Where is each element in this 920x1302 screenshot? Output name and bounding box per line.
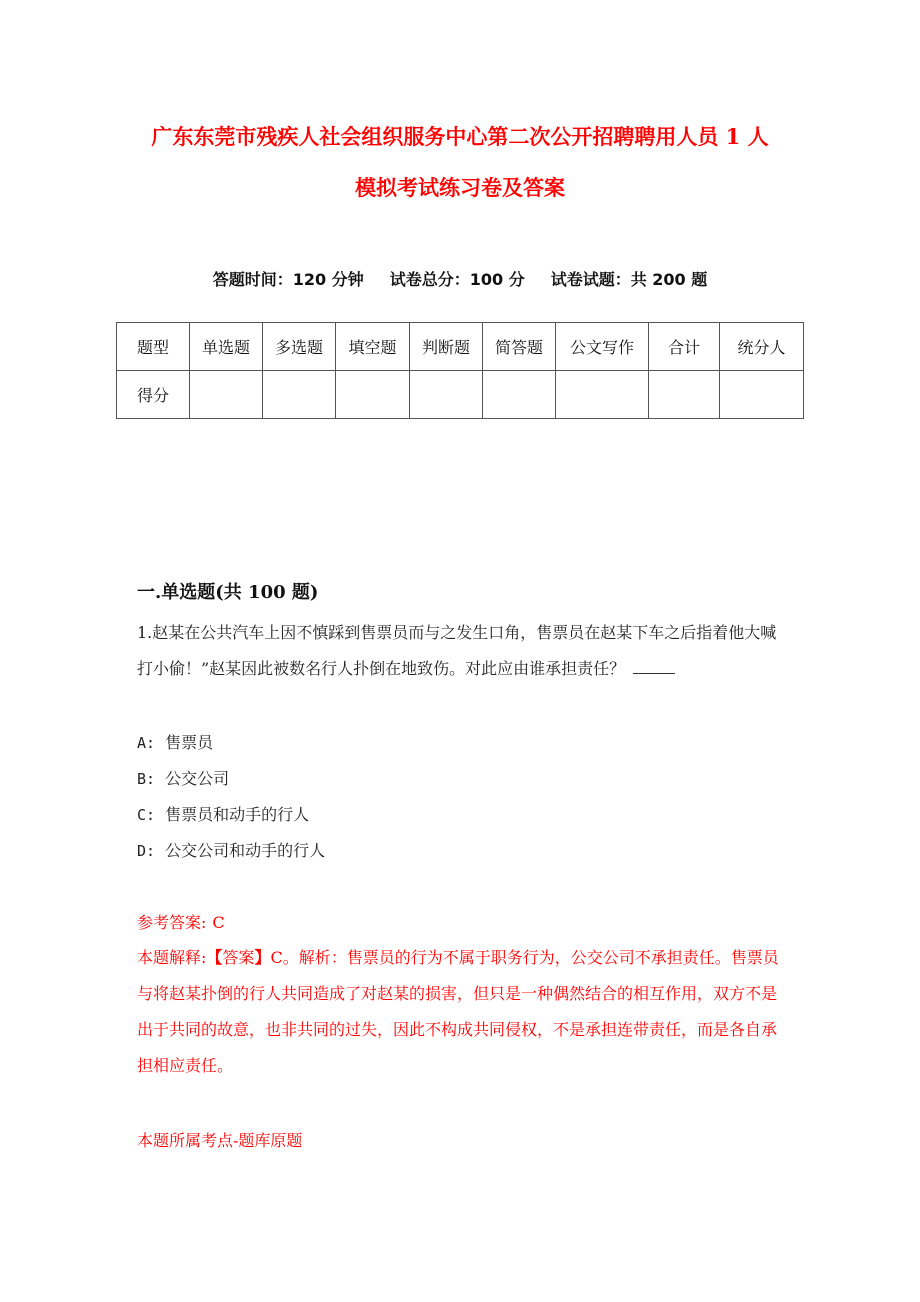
- section-heading: 一.单选题(共 100 题): [137, 578, 318, 604]
- option-key: B: [137, 770, 146, 788]
- option-text: 公交公司和动手的行人: [165, 841, 325, 860]
- score-table: 题型 单选题 多选题 填空题 判断题 简答题 公文写作 合计 统分人 得分: [116, 322, 804, 419]
- option-c: C:售票员和动手的行人: [137, 802, 309, 825]
- option-key: C: [137, 806, 146, 824]
- option-d: D:公交公司和动手的行人: [137, 838, 325, 861]
- score-cell-single-choice: [190, 371, 263, 419]
- document-title-line-2: 模拟考试练习卷及答案: [0, 172, 920, 202]
- option-key: A: [137, 734, 146, 752]
- score-table-header-cell: 单选题: [190, 323, 263, 371]
- score-table-header-cell: 公文写作: [556, 323, 649, 371]
- score-table-header-row: 题型 单选题 多选题 填空题 判断题 简答题 公文写作 合计 统分人: [117, 323, 804, 371]
- score-cell-short-answer: [483, 371, 556, 419]
- score-table-row-label: 得分: [117, 371, 190, 419]
- option-key: D: [137, 842, 146, 860]
- score-cell-scorer: [720, 371, 804, 419]
- score-table-header-cell: 填空题: [336, 323, 410, 371]
- score-table-header-cell: 题型: [117, 323, 190, 371]
- answer-blank: [633, 659, 675, 674]
- score-cell-total: [649, 371, 720, 419]
- score-table-header-cell: 简答题: [483, 323, 556, 371]
- answer-value: C: [212, 913, 224, 932]
- exam-question-count: 试卷试题：共 200 题: [551, 267, 708, 290]
- exam-time: 答题时间：120 分钟: [213, 267, 364, 290]
- question-stem: 1.赵某在公共汽车上因不慎踩到售票员而与之发生口角，售票员在赵某下车之后指着他大…: [137, 615, 785, 687]
- reference-answer: 参考答案:C: [137, 910, 225, 933]
- document-title-line-1: 广东东莞市残疾人社会组织服务中心第二次公开招聘聘用人员 1 人: [0, 121, 920, 151]
- option-a: A:售票员: [137, 730, 213, 753]
- answer-label: 参考答案:: [137, 913, 206, 932]
- knowledge-point: 本题所属考点-题库原题: [137, 1128, 302, 1151]
- score-table-header-cell: 统分人: [720, 323, 804, 371]
- explanation-text: C。解析：售票员的行为不属于职务行为，公交公司不承担责任。售票员与将赵某扑倒的行…: [137, 948, 779, 1075]
- explanation-label: 本题解释:: [137, 948, 206, 967]
- score-table-score-row: 得分: [117, 371, 804, 419]
- option-text: 售票员和动手的行人: [165, 805, 309, 824]
- exam-meta: 答题时间：120 分钟试卷总分：100 分试卷试题：共 200 题: [0, 267, 920, 290]
- question-text: 赵某在公共汽车上因不慎踩到售票员而与之发生口角，售票员在赵某下车之后指着他大喊打…: [137, 623, 776, 678]
- option-text: 公交公司: [165, 769, 229, 788]
- score-cell-true-false: [410, 371, 483, 419]
- explanation: 本题解释:【答案】C。解析：售票员的行为不属于职务行为，公交公司不承担责任。售票…: [137, 940, 785, 1084]
- option-text: 售票员: [165, 733, 213, 752]
- score-cell-official-writing: [556, 371, 649, 419]
- score-table-header-cell: 判断题: [410, 323, 483, 371]
- option-b: B:公交公司: [137, 766, 229, 789]
- score-cell-fill-blank: [336, 371, 410, 419]
- question-number: 1.: [137, 623, 152, 642]
- score-table-header-cell: 合计: [649, 323, 720, 371]
- score-cell-multiple-choice: [263, 371, 336, 419]
- exam-total-score: 试卷总分：100 分: [390, 267, 525, 290]
- score-table-header-cell: 多选题: [263, 323, 336, 371]
